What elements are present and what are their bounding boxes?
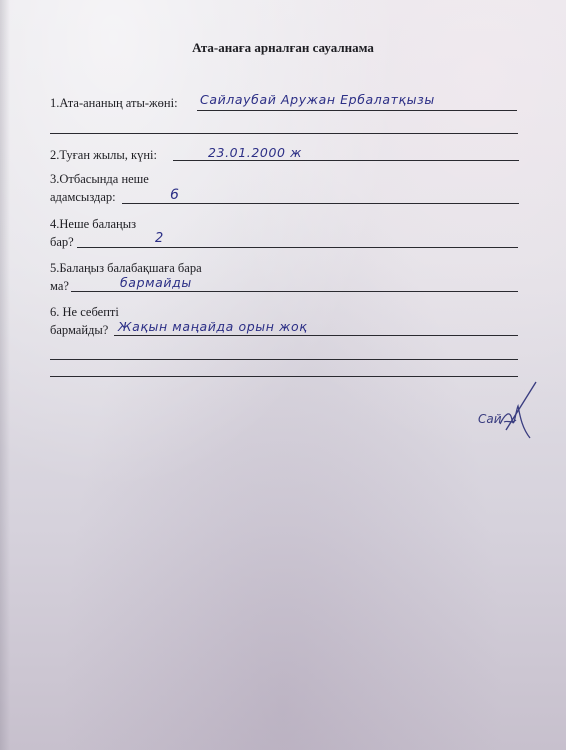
question-6-answer: Жақын маңайда орын жоқ — [118, 319, 307, 334]
question-4-label-line2: бар? — [50, 235, 74, 250]
answer-line — [114, 335, 518, 336]
question-3-label-line1: 3.Отбасында неше — [50, 172, 149, 187]
question-3-label-line2: адамсыздар: — [50, 190, 116, 205]
answer-line-extra — [50, 376, 518, 377]
answer-line — [197, 110, 517, 111]
question-5-label-line1: 5.Балаңыз балабақшаға бара — [50, 261, 202, 276]
paper-sheen — [0, 0, 566, 750]
question-2-answer: 23.01.2000 ж — [208, 145, 302, 160]
question-5-answer: бармайды — [120, 275, 192, 290]
answer-line — [71, 291, 518, 292]
answer-line — [122, 203, 519, 204]
answer-line — [173, 160, 519, 161]
paper-edge-shadow — [0, 0, 10, 750]
question-4-answer: 2 — [155, 231, 164, 246]
question-5-label-line2: ма? — [50, 279, 69, 294]
question-6-label-line2: бармайды? — [50, 323, 108, 338]
question-3-answer: 6 — [170, 187, 180, 203]
answer-line-extra — [50, 359, 518, 360]
question-4-label-line1: 4.Неше балаңыз — [50, 217, 136, 232]
signature-scribble-icon — [470, 380, 550, 440]
question-1-answer: Сайлаубай Аружан Ербалатқызы — [200, 92, 435, 107]
question-6-label-line1: 6. Не себепті — [50, 305, 119, 320]
answer-line — [77, 247, 518, 248]
question-1-label: 1.Ата-ананың аты-жөні: — [50, 96, 178, 111]
question-2-label: 2.Туған жылы, күні: — [50, 148, 157, 163]
answer-line-extra — [50, 133, 518, 134]
document-title: Ата-анаға арналған сауалнама — [0, 40, 566, 56]
